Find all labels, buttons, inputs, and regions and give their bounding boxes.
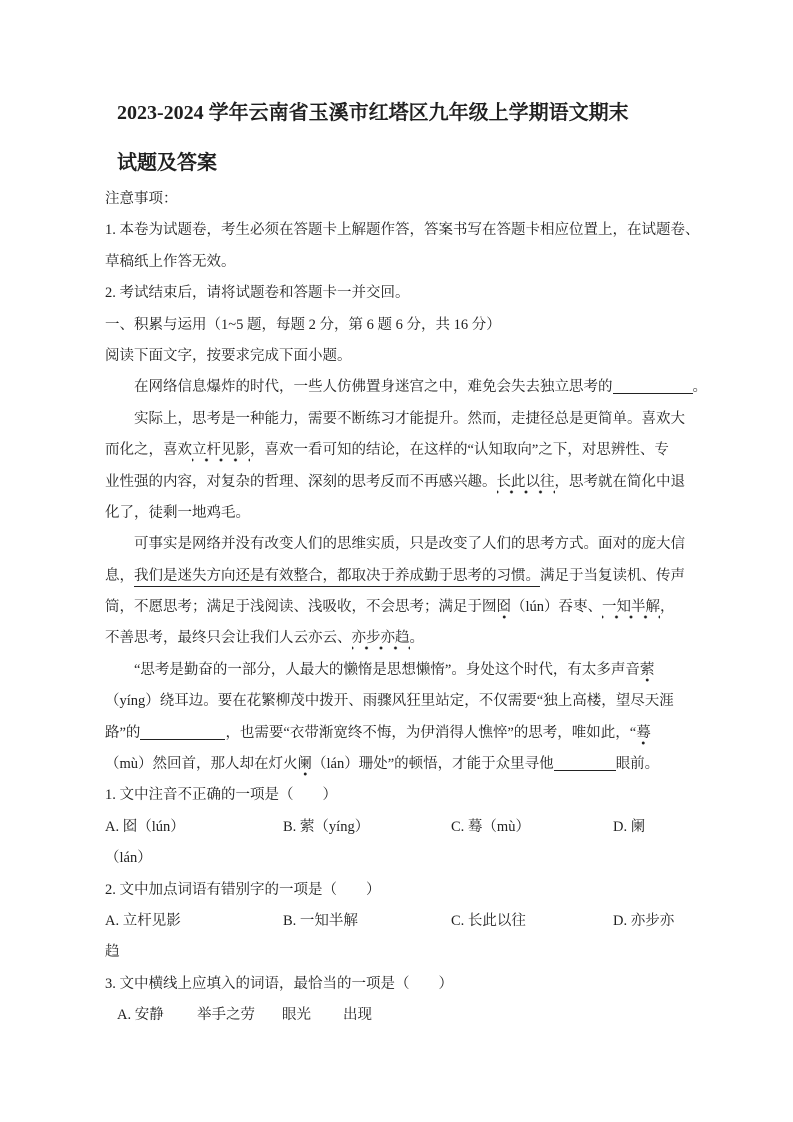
passage-paragraph-4-line-2: （yíng）绕耳边。要在花繁柳茂中拨开、雨骤风狂里站定，不仅需要“独上高楼，望尽… (105, 686, 705, 717)
passage-text: 筒，不愿思考；满足于浅阅读、浅吸收，不会思考；满足于囫 (105, 599, 497, 615)
notice-heading: 注意事项： (105, 184, 705, 215)
question-1-option-d: D. 阑 (613, 812, 645, 843)
passage-paragraph-2-line-4: 化了，徒剩一地鸡毛。 (105, 498, 705, 529)
passage-text: ， (660, 599, 675, 615)
passage-text: 路”的 (105, 725, 140, 741)
question-1-option-d-wrap: （lán） (105, 843, 705, 874)
passage-paragraph-4-line-1: “思考是勤奋的一部分，人最大的懒惰是思想懒惰”。身处这个时代，有太多声音萦 (105, 655, 705, 686)
passage-text: ，也需要“衣带渐宽终不悔，为伊消得人憔悴”的思考，唯如此，“ (225, 725, 636, 741)
passage-text: 。 (693, 379, 708, 395)
passage-text: ，喜欢一看可知的结论，在这样的“认知取向”之下，对思辨性、专 (250, 442, 669, 458)
question-2-option-a: A. 立杆见影 (105, 906, 181, 937)
passage-text: 不善思考，最终只会让我们人云亦云、 (105, 630, 352, 646)
emphasized-char-mu: 蓦 (636, 725, 651, 745)
passage-paragraph-3-line-1: 可事实是网络并没有改变人们的思维实质，只是改变了人们的思考方式。面对的庞大信 (105, 529, 705, 560)
passage-text: ，思考就在简化中退 (555, 474, 686, 490)
question-1-option-b: B. 萦（yíng） (283, 812, 369, 843)
title-line-2: 试题及答案 (117, 138, 717, 188)
passage-text: 。 (410, 630, 425, 646)
passage-paragraph-3-line-3: 筒，不愿思考；满足于浅阅读、浅吸收，不会思考；满足于囫囵（lún）吞枣、一知半解… (105, 592, 705, 623)
passage-paragraph-2-line-2: 而化之，喜欢立杆见影，喜欢一看可知的结论，在这样的“认知取向”之下，对思辨性、专 (105, 435, 705, 466)
passage-text: 在网络信息爆炸的时代，一些人仿佛置身迷宫之中，难免会失去独立思考的 (134, 379, 613, 395)
question-3-option-b: 举手之劳 (197, 1000, 255, 1031)
question-3-options: A. 安静 举手之劳 眼光 出现 (105, 1000, 705, 1031)
question-2-stem: 2. 文中加点词语有错别字的一项是（ ） (105, 875, 705, 906)
passage-text: 满足于当复读机、传声 (540, 568, 685, 584)
question-2-option-d: D. 亦步亦 (613, 906, 674, 937)
question-3-option-c: 眼光 (282, 1000, 311, 1031)
passage-text: “思考是勤奋的一部分，人最大的懒惰是思想懒惰”。身处这个时代，有太多声音 (134, 662, 640, 678)
passage-paragraph-4-line-4: （mù）然回首，那人却在灯火阑（lán）珊处”的顿悟，才能于众里寻他眼前。 (105, 749, 705, 780)
emphasized-char-lun: 囵 (497, 599, 512, 619)
emphasized-word-ligan-jianying: 立杆见影 (192, 442, 250, 462)
emphasized-word-yizhi-banjie: 一知半解 (602, 599, 660, 619)
passage-text: 眼前。 (616, 756, 660, 772)
underlined-clause: 我们是迷失方向还是有效整合，都取决于养成勤于思考的习惯。 (134, 568, 540, 587)
passage-text: （mù）然回首，那人却在灯火 (105, 756, 298, 772)
passage-paragraph-2-line-1: 实际上，思考是一种能力，需要不断练习才能提升。然而，走捷径总是更简单。喜欢大 (105, 404, 705, 435)
notice-item-1-line-1: 1. 本卷为试题卷，考生必须在答题卡上解题作答，答案书写在答题卡相应位置上，在试… (105, 215, 705, 246)
passage-paragraph-4-line-3: 路”的，也需要“衣带渐宽终不悔，为伊消得人憔悴”的思考，唯如此，“蓦 (105, 718, 705, 749)
emphasized-char-ying: 萦 (640, 662, 655, 682)
question-2-option-b: B. 一知半解 (283, 906, 358, 937)
blank-underline-2 (140, 725, 225, 740)
document-title: 2023-2024 学年云南省玉溪市红塔区九年级上学期语文期末 试题及答案 (117, 88, 717, 188)
exam-paper-page: 2023-2024 学年云南省玉溪市红塔区九年级上学期语文期末 试题及答案 注意… (0, 0, 793, 1122)
passage-text: 业性强的内容，对复杂的哲理、深刻的思考反而不再感兴趣。 (105, 474, 497, 490)
question-3-stem: 3. 文中横线上应填入的词语，最恰当的一项是（ ） (105, 969, 705, 1000)
question-3-option-d: 出现 (343, 1000, 372, 1031)
notice-item-2: 2. 考试结束后，请将试题卷和答题卡一并交回。 (105, 278, 705, 309)
passage-text: 而化之，喜欢 (105, 442, 192, 458)
passage-text: （lán）珊处”的顿悟，才能于众里寻他 (312, 756, 554, 772)
passage-paragraph-3-line-4: 不善思考，最终只会让我们人云亦云、亦步亦趋。 (105, 623, 705, 654)
notice-item-1-line-2: 草稿纸上作答无效。 (105, 247, 705, 278)
question-2-option-c: C. 长此以往 (451, 906, 526, 937)
emphasized-word-changci-yiwang: 长此以往 (497, 474, 555, 494)
question-3-option-a: A. 安静 (117, 1000, 164, 1031)
emphasized-char-lan: 阑 (298, 756, 313, 776)
section-heading: 一、积累与运用（1~5 题，每题 2 分，第 6 题 6 分，共 16 分） (105, 310, 705, 341)
passage-paragraph-1: 在网络信息爆炸的时代，一些人仿佛置身迷宫之中，难免会失去独立思考的。 (105, 372, 705, 403)
blank-underline-1 (613, 379, 693, 394)
passage-paragraph-3-line-2: 息，我们是迷失方向还是有效整合，都取决于养成勤于思考的习惯。满足于当复读机、传声 (105, 561, 705, 592)
question-1-option-c: C. 蓦（mù） (451, 812, 530, 843)
question-2-options: A. 立杆见影 B. 一知半解 C. 长此以往 D. 亦步亦 (105, 906, 705, 937)
question-2-option-d-wrap: 趋 (105, 937, 705, 968)
reading-instruction: 阅读下面文字，按要求完成下面小题。 (105, 341, 705, 372)
passage-text: 息， (105, 568, 134, 584)
question-1-options: A. 囵（lún） B. 萦（yíng） C. 蓦（mù） D. 阑 (105, 812, 705, 843)
emphasized-word-yibu-yiqu: 亦步亦趋 (352, 630, 410, 650)
passage-text: （lún）吞枣、 (511, 599, 602, 615)
blank-underline-3 (554, 756, 616, 771)
question-1-option-a: A. 囵（lún） (105, 812, 185, 843)
passage-paragraph-2-line-3: 业性强的内容，对复杂的哲理、深刻的思考反而不再感兴趣。长此以往，思考就在简化中退 (105, 467, 705, 498)
document-body: 注意事项： 1. 本卷为试题卷，考生必须在答题卡上解题作答，答案书写在答题卡相应… (105, 184, 705, 1032)
title-line-1: 2023-2024 学年云南省玉溪市红塔区九年级上学期语文期末 (117, 88, 717, 138)
question-1-stem: 1. 文中注音不正确的一项是（ ） (105, 780, 705, 811)
